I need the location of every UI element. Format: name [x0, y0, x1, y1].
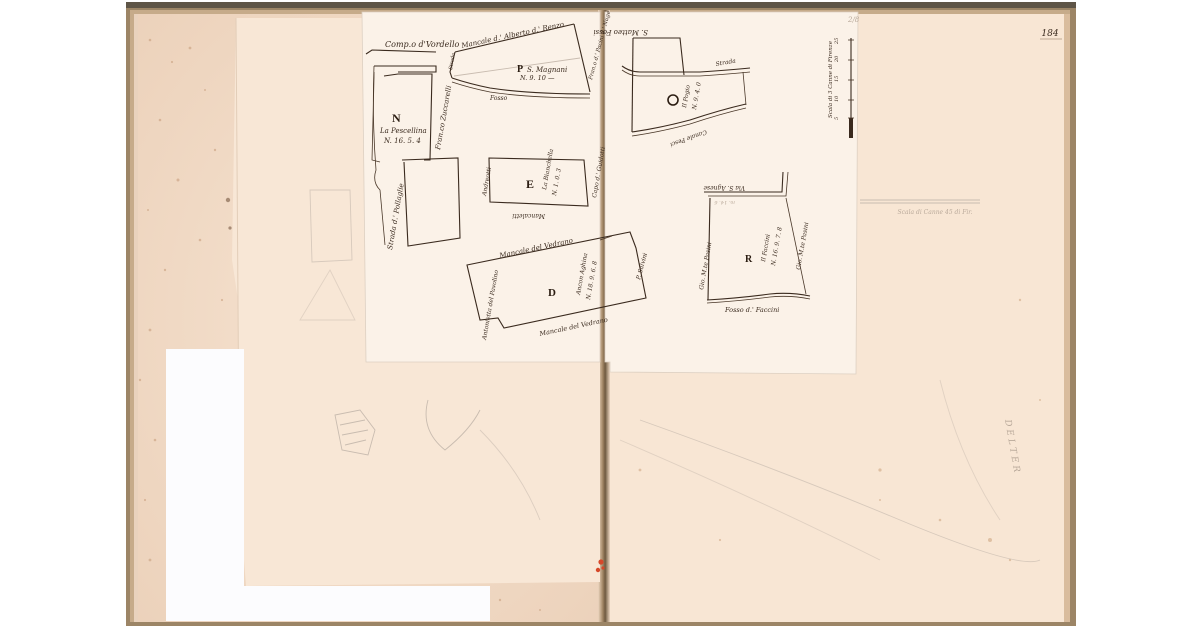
- svg-text:Scala di Canne 45 di Fir.: Scala di Canne 45 di Fir.: [898, 209, 973, 216]
- white-insert: [166, 349, 244, 621]
- white-insert-bottom: [244, 586, 490, 621]
- svg-text:N: N: [392, 111, 401, 125]
- svg-text:E: E: [526, 177, 534, 191]
- map-sheet: 2/8 Comp.o d'Vordello N La Pescellina N.…: [362, 10, 860, 374]
- svg-text:Comp.o d'Vordello: Comp.o d'Vordello: [385, 40, 460, 49]
- svg-text:Scala di 3 Canne di Firenze: Scala di 3 Canne di Firenze: [828, 40, 834, 118]
- page-number: 184: [1041, 29, 1058, 39]
- svg-text:N. 16. 5. 4: N. 16. 5. 4: [383, 137, 421, 145]
- svg-text:La Pescellina: La Pescellina: [379, 127, 427, 135]
- svg-text:Via S. Agnese: Via S. Agnese: [703, 184, 745, 191]
- svg-text:D: D: [548, 287, 556, 299]
- svg-text:S. Magnani: S. Magnani: [527, 66, 567, 74]
- svg-text:Mancaletti: Mancaletti: [512, 212, 546, 219]
- svg-text:25: 25: [834, 38, 840, 45]
- svg-text:10: 10: [834, 95, 840, 102]
- svg-text:N. 9. 10 —: N. 9. 10 —: [519, 74, 555, 82]
- svg-text:Fosso d.' Faccini: Fosso d.' Faccini: [724, 306, 779, 314]
- svg-text:S. Matteo Fossi: S. Matteo Fossi: [593, 28, 648, 36]
- svg-text:m. 14. 6: m. 14. 6: [714, 199, 735, 205]
- svg-text:Fosso: Fosso: [489, 95, 508, 102]
- svg-text:20: 20: [834, 55, 840, 63]
- svg-text:R: R: [745, 254, 753, 265]
- svg-text:15: 15: [834, 76, 840, 82]
- sheet-number: 2/8: [847, 16, 860, 24]
- manuscript-scan: 184 Scala di Canne 45 di Fir. D E L T E …: [0, 0, 1200, 628]
- svg-text:5: 5: [834, 117, 840, 120]
